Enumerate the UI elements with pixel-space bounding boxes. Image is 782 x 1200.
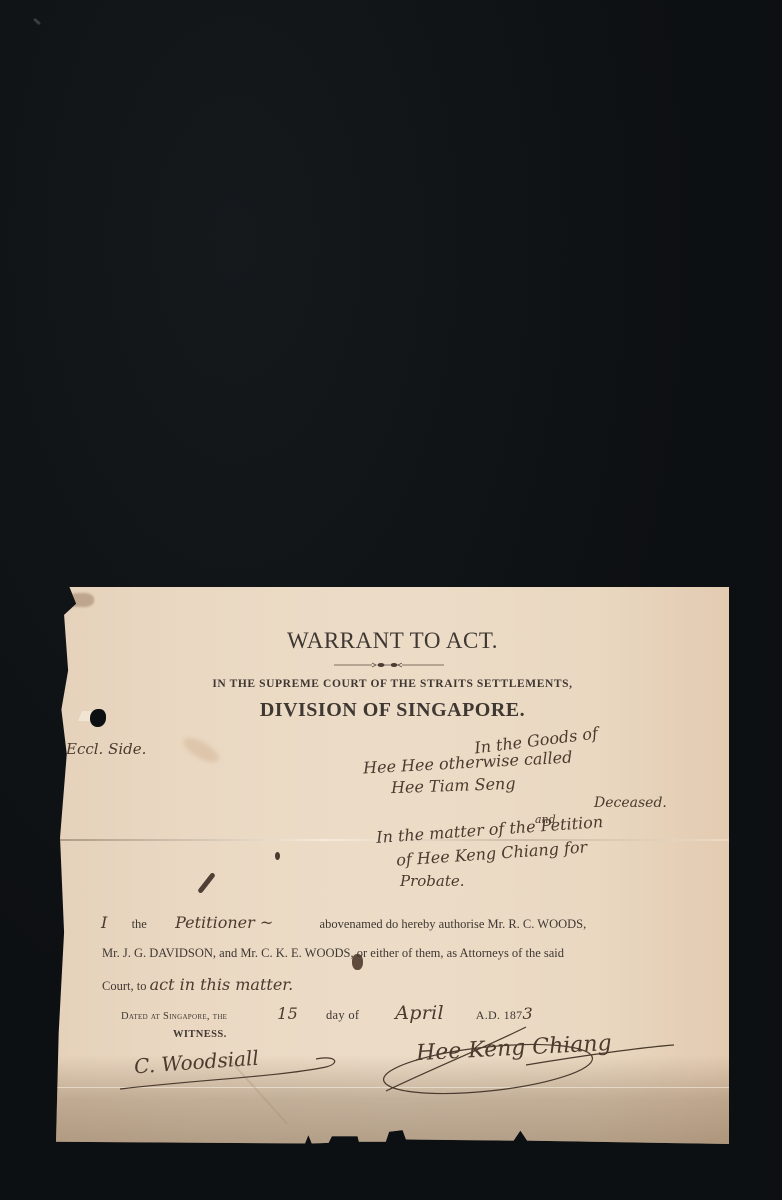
- caption-deceased: Deceased.: [594, 795, 667, 811]
- court-line: IN THE SUPREME COURT OF THE STRAITS SETT…: [56, 678, 729, 690]
- month-handwritten: April: [395, 1002, 444, 1024]
- caption-line-6: Probate.: [400, 872, 465, 890]
- ink-stroke: [197, 872, 216, 894]
- caption-line-3: Hee Tiam Seng: [391, 774, 516, 797]
- ornament-divider-icon: [334, 661, 444, 669]
- court-to-text: Court, to: [102, 979, 146, 993]
- day-of-label: day of: [326, 1008, 359, 1022]
- authorisation-line-1: I the Petitioner ~ abovenamed do hereby …: [101, 913, 586, 932]
- act-handwritten: act in this matter.: [150, 975, 294, 994]
- the-word: the: [132, 917, 147, 931]
- water-stain: [180, 733, 223, 767]
- authorisation-line-2: Mr. J. G. DAVIDSON, and Mr. C. K. E. WOO…: [102, 946, 564, 961]
- party-handwritten: Petitioner ~: [175, 913, 273, 932]
- authorise-text: abovenamed do hereby authorise Mr. R. C.…: [320, 917, 587, 931]
- year-handwritten: 3: [522, 1004, 532, 1023]
- dated-line: Dated at Singapore, the 15 day of April …: [121, 1002, 533, 1024]
- warrant-document: WARRANT TO ACT. IN THE SUPREME COURT OF …: [56, 587, 729, 1144]
- document-title: WARRANT TO ACT.: [56, 628, 729, 654]
- witness-label: WITNESS.: [173, 1029, 227, 1040]
- dated-label: Dated at Singapore, the: [121, 1011, 227, 1022]
- eccl-side-annotation: Eccl. Side.: [66, 740, 146, 758]
- petitioner-signature: Hee Keng Chiang: [415, 1031, 612, 1066]
- authorisation-line-3: Court, to act in this matter.: [102, 975, 293, 994]
- pronoun-handwritten: I: [101, 913, 107, 932]
- ink-dot: [275, 852, 280, 860]
- division-heading: DIVISION OF SINGAPORE.: [56, 699, 729, 722]
- fold-crease-lower: [56, 1087, 729, 1088]
- day-handwritten: 15: [277, 1004, 298, 1023]
- caption-line-2: Hee Hee otherwise called: [363, 748, 573, 778]
- ad-label: A.D. 187: [476, 1008, 523, 1022]
